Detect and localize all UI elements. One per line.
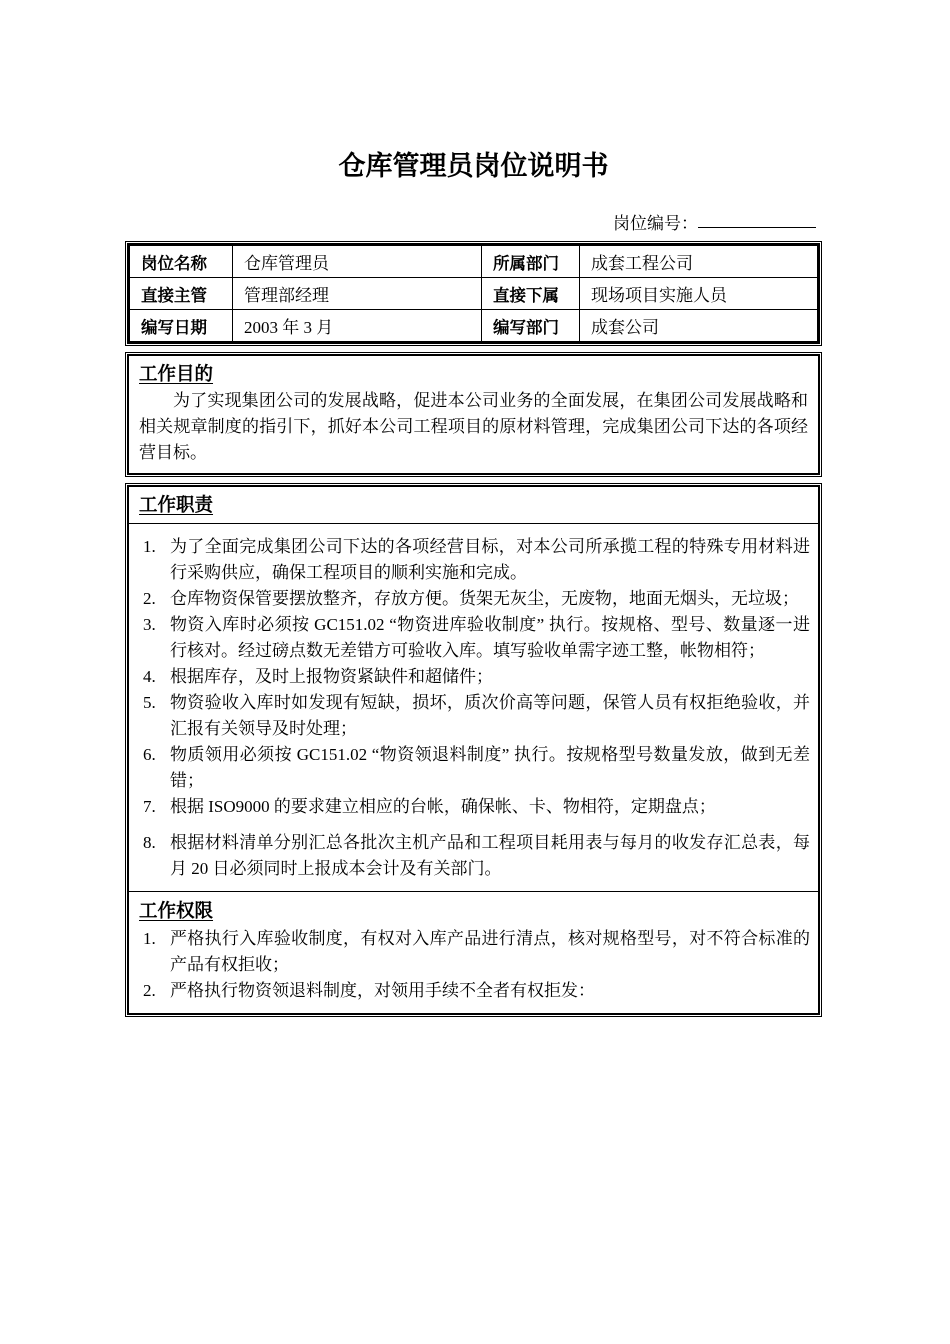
duty-item-5: 5. 物资验收入库时如发现有短缺，损坏，质次价高等问题，保管人员有权拒绝验收，并… xyxy=(143,690,810,742)
subordinate-label: 直接下属 xyxy=(482,278,580,310)
duties-list: 1. 为了全面完成集团公司下达的各项经营目标，对本公司所承揽工程的特殊专用材料进… xyxy=(129,524,818,891)
duty-item-4-number: 4. xyxy=(143,664,170,690)
duty-item-7-text: 根据 ISO9000 的要求建立相应的台帐，确保帐、卡、物相符，定期盘点； xyxy=(170,794,810,820)
supervisor-label: 直接主管 xyxy=(130,278,233,310)
duty-item-6: 6. 物质领用必须按 GC151.02 “物资领退料制度” 执行。按规格型号数量… xyxy=(143,742,810,794)
write-dept-value: 成套公司 xyxy=(580,310,818,342)
duty-item-6-text: 物质领用必须按 GC151.02 “物资领退料制度” 执行。按规格型号数量发放，… xyxy=(170,742,810,794)
write-dept-label: 编写部门 xyxy=(482,310,580,342)
department-value: 成套工程公司 xyxy=(580,246,818,278)
duty-item-6-number: 6. xyxy=(143,742,170,794)
position-code-line: 岗位编号： xyxy=(125,214,822,234)
position-code-blank xyxy=(698,225,816,228)
info-row-2: 直接主管 管理部经理 直接下属 现场项目实施人员 xyxy=(130,278,818,310)
authority-item-2-number: 2. xyxy=(143,978,170,1004)
duties-heading-row: 工作职责 xyxy=(129,487,818,524)
subordinate-value: 现场项目实施人员 xyxy=(580,278,818,310)
authority-item-2: 2. 严格执行物资领退料制度，对领用手续不全者有权拒发： xyxy=(143,978,810,1004)
authority-list: 1. 严格执行入库验收制度，有权对入库产品进行清点，核对规格型号，对不符合标准的… xyxy=(139,923,810,1004)
authority-item-1: 1. 严格执行入库验收制度，有权对入库产品进行清点，核对规格型号，对不符合标准的… xyxy=(143,926,810,978)
info-row-1: 岗位名称 仓库管理员 所属部门 成套工程公司 xyxy=(130,246,818,278)
duty-item-3-number: 3. xyxy=(143,612,170,664)
info-table: 岗位名称 仓库管理员 所属部门 成套工程公司 直接主管 管理部经理 直接下属 现… xyxy=(129,245,818,342)
authority-section: 工作权限 1. 严格执行入库验收制度，有权对入库产品进行清点，核对规格型号，对不… xyxy=(129,891,818,1013)
duty-item-7: 7. 根据 ISO9000 的要求建立相应的台帐，确保帐、卡、物相符，定期盘点； xyxy=(143,794,810,820)
department-label: 所属部门 xyxy=(482,246,580,278)
duty-item-4: 4. 根据库存，及时上报物资紧缺件和超储件； xyxy=(143,664,810,690)
duty-item-1-number: 1. xyxy=(143,534,170,586)
info-table-box: 岗位名称 仓库管理员 所属部门 成套工程公司 直接主管 管理部经理 直接下属 现… xyxy=(125,241,822,346)
position-name-value: 仓库管理员 xyxy=(233,246,482,278)
duties-heading: 工作职责 xyxy=(139,494,213,515)
purpose-heading: 工作目的 xyxy=(139,363,213,384)
duties-section: 工作职责 1. 为了全面完成集团公司下达的各项经营目标，对本公司所承揽工程的特殊… xyxy=(125,483,822,1017)
authority-item-1-text: 严格执行入库验收制度，有权对入库产品进行清点，核对规格型号，对不符合标准的产品有… xyxy=(170,926,810,978)
info-row-3: 编写日期 2003 年 3 月 编写部门 成套公司 xyxy=(130,310,818,342)
write-date-label: 编写日期 xyxy=(130,310,233,342)
supervisor-value: 管理部经理 xyxy=(233,278,482,310)
duty-item-4-text: 根据库存，及时上报物资紧缺件和超储件； xyxy=(170,664,810,690)
duty-item-1-text: 为了全面完成集团公司下达的各项经营目标，对本公司所承揽工程的特殊专用材料进行采购… xyxy=(170,534,810,586)
purpose-text: 为了实现集团公司的发展战略，促进本公司业务的全面发展，在集团公司发展战略和相关规… xyxy=(139,388,808,466)
purpose-section: 工作目的 为了实现集团公司的发展战略，促进本公司业务的全面发展，在集团公司发展战… xyxy=(125,352,822,477)
duty-item-5-text: 物资验收入库时如发现有短缺，损坏，质次价高等问题，保管人员有权拒绝验收，并汇报有… xyxy=(170,690,810,742)
duty-item-3: 3. 物资入库时必须按 GC151.02 “物资进库验收制度” 执行。按规格、型… xyxy=(143,612,810,664)
duty-item-8: 8. 根据材料清单分别汇总各批次主机产品和工程项目耗用表与每月的收发存汇总表，每… xyxy=(143,830,810,882)
duty-item-7-number: 7. xyxy=(143,794,170,820)
authority-item-2-text: 严格执行物资领退料制度，对领用手续不全者有权拒发： xyxy=(170,978,810,1004)
authority-item-1-number: 1. xyxy=(143,926,170,978)
duty-item-1: 1. 为了全面完成集团公司下达的各项经营目标，对本公司所承揽工程的特殊专用材料进… xyxy=(143,534,810,586)
authority-heading: 工作权限 xyxy=(139,900,213,921)
position-code-label: 岗位编号： xyxy=(613,214,698,233)
position-name-label: 岗位名称 xyxy=(130,246,233,278)
duty-item-8-number: 8. xyxy=(143,830,170,882)
duty-item-2-text: 仓库物资保管要摆放整齐，存放方便。货架无灰尘，无废物，地面无烟头，无垃圾； xyxy=(170,586,810,612)
write-date-value: 2003 年 3 月 xyxy=(233,310,482,342)
duty-item-5-number: 5. xyxy=(143,690,170,742)
duty-item-2-number: 2. xyxy=(143,586,170,612)
duty-item-3-text: 物资入库时必须按 GC151.02 “物资进库验收制度” 执行。按规格、型号、数… xyxy=(170,612,810,664)
duty-item-2: 2. 仓库物资保管要摆放整齐，存放方便。货架无灰尘，无废物，地面无烟头，无垃圾； xyxy=(143,586,810,612)
page-title: 仓库管理员岗位说明书 xyxy=(125,0,822,182)
duty-item-8-text: 根据材料清单分别汇总各批次主机产品和工程项目耗用表与每月的收发存汇总表，每月 2… xyxy=(170,830,810,882)
document-page: 仓库管理员岗位说明书 岗位编号： 岗位名称 仓库管理员 所属部门 成套工程公司 xyxy=(125,0,822,1017)
